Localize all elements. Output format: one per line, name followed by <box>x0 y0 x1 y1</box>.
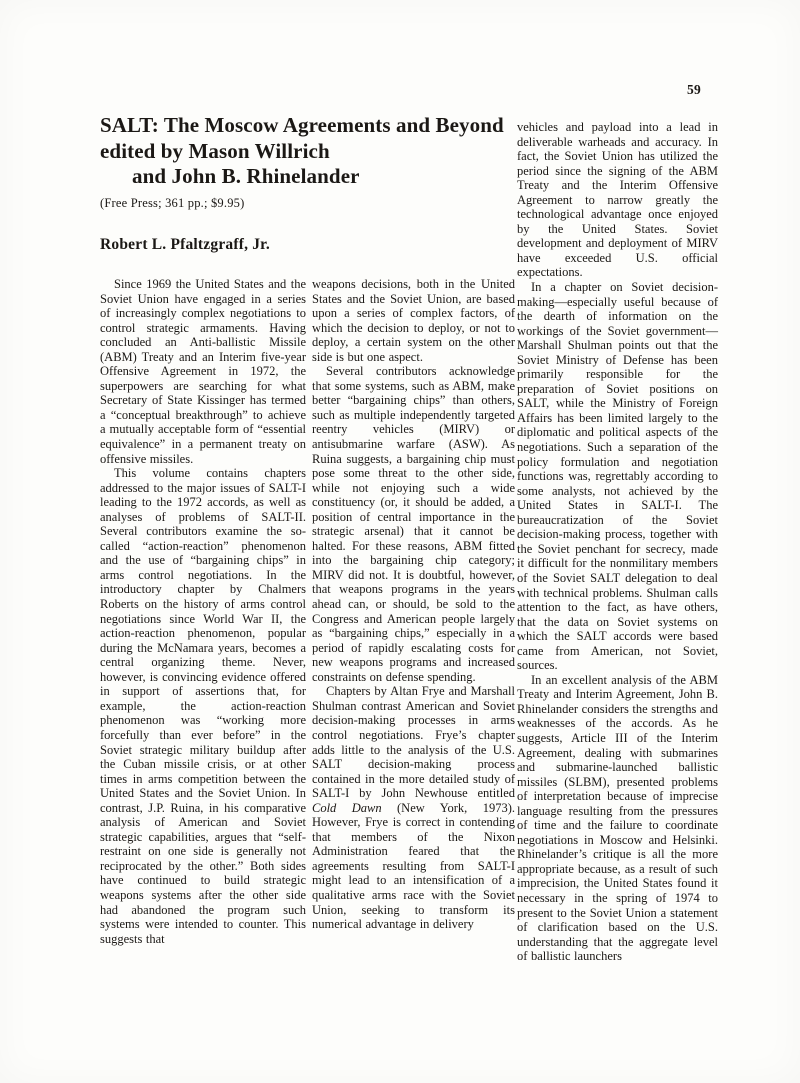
text-segment: Since 1969 the United States and the Sov… <box>100 277 306 466</box>
paragraph: Chapters by Altan Frye and Marshall Shul… <box>312 684 515 931</box>
text-column-2: weapons decisions, both in the United St… <box>312 277 515 932</box>
text-column-3: vehicles and payload into a lead in deli… <box>517 120 718 964</box>
text-segment: In an excellent analysis of the ABM Trea… <box>517 673 718 963</box>
page-number: 59 <box>687 82 701 98</box>
text-segment: (New York, 1973). However, Frye is corre… <box>312 801 515 931</box>
text-segment: In a chapter on Soviet decision-making—e… <box>517 280 718 672</box>
book-title-line-2: edited by Mason Willrich <box>100 139 514 165</box>
publisher-info: (Free Press; 361 pp.; $9.95) <box>100 196 514 211</box>
review-header: SALT: The Moscow Agreements and Beyond e… <box>100 113 514 254</box>
paragraph: This volume contains chapters addressed … <box>100 466 306 946</box>
text-segment: Several contributors acknowledge that so… <box>312 364 515 683</box>
book-title-line-1: SALT: The Moscow Agreements and Beyond <box>100 113 514 139</box>
paragraph: Since 1969 the United States and the Sov… <box>100 277 306 466</box>
italic-book-reference: Cold Dawn <box>312 801 382 815</box>
book-title-line-3: and John B. Rhinelander <box>100 164 514 190</box>
text-segment: weapons decisions, both in the United St… <box>312 277 515 364</box>
paragraph: Several contributors acknowledge that so… <box>312 364 515 684</box>
paragraph: In a chapter on Soviet decision-making—e… <box>517 280 718 673</box>
text-segment: vehicles and payload into a lead in deli… <box>517 120 718 279</box>
text-segment: Chapters by Altan Frye and Marshall Shul… <box>312 684 515 800</box>
reviewer-byline: Robert L. Pfaltzgraff, Jr. <box>100 236 514 254</box>
text-segment: This volume contains chapters addressed … <box>100 466 306 946</box>
book-title-block: SALT: The Moscow Agreements and Beyond e… <box>100 113 514 190</box>
paragraph: vehicles and payload into a lead in deli… <box>517 120 718 280</box>
magazine-page: 59 SALT: The Moscow Agreements and Beyon… <box>0 0 800 1083</box>
text-column-1: Since 1969 the United States and the Sov… <box>100 277 306 946</box>
paragraph: In an excellent analysis of the ABM Trea… <box>517 673 718 964</box>
paragraph: weapons decisions, both in the United St… <box>312 277 515 364</box>
